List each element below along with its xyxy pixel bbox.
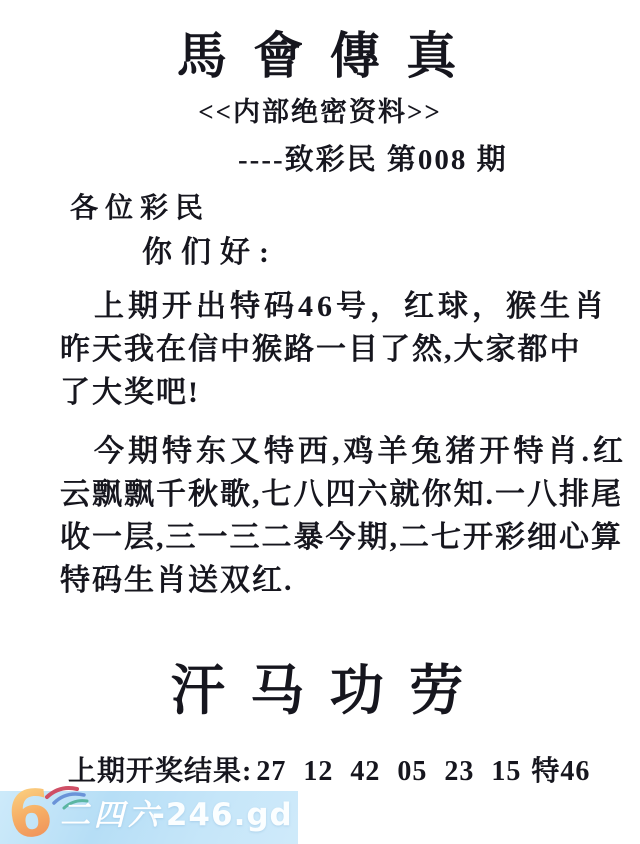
paragraph1-line1: 上期开出特码46号，红球，猴生肖 (94, 281, 608, 325)
paragraph1-line3: 了大奖吧! (60, 367, 200, 411)
watermark-site-domain: -246.gd (152, 797, 293, 833)
watermark-banner: 6 二四六 -246.gd (0, 791, 298, 844)
fax-document: 馬 會 傳 真 <<内部绝密资料>> ----致彩民 第008 期 各位彩民 你… (0, 0, 640, 844)
page-title: 馬 會 傳 真 (0, 16, 640, 88)
previous-results-line: 上期开奖结果:27 12 42 05 23 15特46 (68, 749, 590, 789)
salutation: 各位彩民 (70, 186, 210, 226)
results-numbers: 27 12 42 05 23 15 (252, 756, 521, 787)
results-special-number: 特46 (521, 756, 590, 787)
paragraph2-line3: 收一层,三一三二暴今期,二七开彩细心算 (60, 512, 623, 556)
paragraph2-line4: 特码生肖送双红. (60, 555, 294, 599)
results-label: 上期开奖结果: (68, 756, 252, 787)
paragraph2-line2: 云飘飘千秋歌,七八四六就你知.一八排尾 (60, 469, 623, 513)
watermark-site-name-cn: 二四六 (60, 800, 162, 832)
closing-phrase: 汗 马 功 劳 (0, 648, 640, 725)
subtitle-secret-label: <<内部绝密资料>> (0, 90, 640, 129)
paragraph1-line2: 昨天我在信中猴路一目了然,大家都中 (60, 324, 582, 368)
greeting: 你们好: (142, 227, 278, 271)
paragraph2-line1: 今期特东又特西,鸡羊兔猪开特肖.红 (94, 426, 627, 470)
issue-number-line: ----致彩民 第008 期 (238, 137, 508, 178)
